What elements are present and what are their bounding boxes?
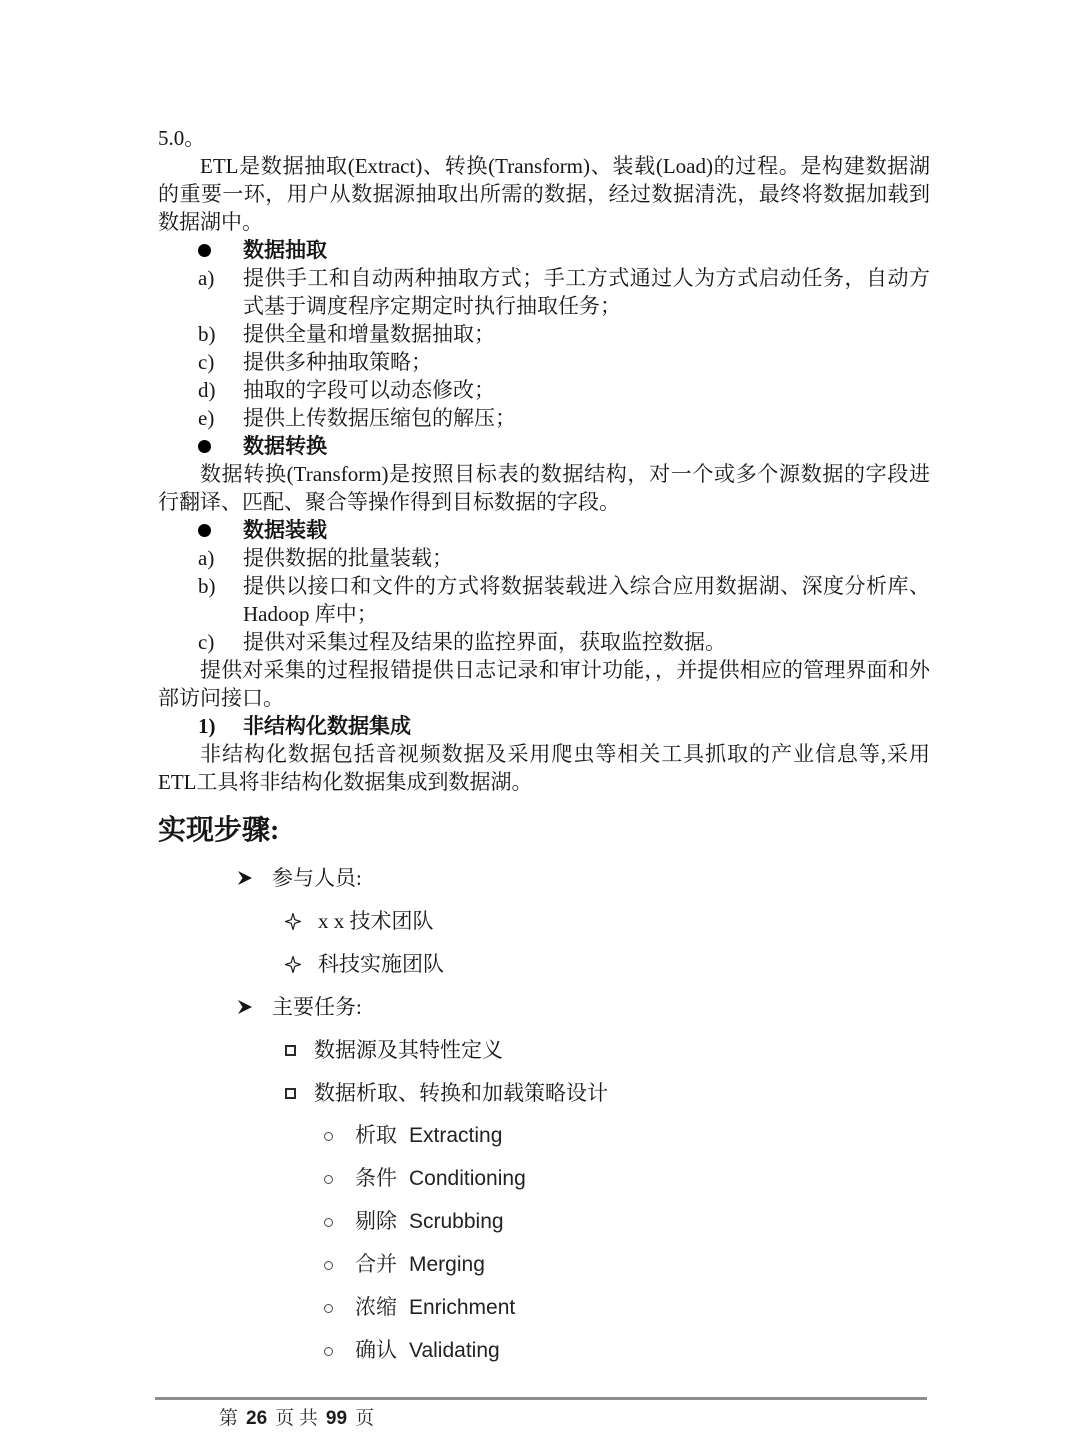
bullet-heading-transform: 数据转换	[198, 432, 930, 460]
outline-subtask-validating: 确认 Validating	[324, 1337, 930, 1365]
list-text: 提供数据的批量装载；	[243, 544, 930, 572]
list-label: d)	[198, 376, 243, 404]
circle-bullet-icon	[324, 1175, 333, 1184]
outline-item-team-1: x x 技术团队	[285, 907, 930, 935]
outline-label: 主要任务:	[272, 993, 362, 1021]
list-label: c)	[198, 628, 243, 656]
outline-subtask-merging: 合并 Merging	[324, 1251, 930, 1279]
diamond-star-bullet-icon	[285, 956, 301, 973]
diamond-star-bullet-icon	[285, 913, 301, 930]
circle-bullet-icon	[324, 1261, 333, 1270]
list-text: 提供对采集过程及结果的监控界面，获取监控数据。	[243, 628, 930, 656]
extract-item-b: b) 提供全量和增量数据抽取；	[198, 320, 930, 348]
subtask-en: Merging	[409, 1251, 485, 1279]
list-label: e)	[198, 404, 243, 432]
load-item-a: a) 提供数据的批量装载；	[198, 544, 930, 572]
outline-task-1: 数据源及其特性定义	[285, 1036, 930, 1064]
intro-paragraph: ETL是数据抽取(Extract)、转换(Transform)、装载(Load)…	[158, 152, 930, 236]
bullet-title: 数据抽取	[243, 236, 327, 264]
extract-item-e: e) 提供上传数据压缩包的解压；	[198, 404, 930, 432]
outline-subtask-scrubbing: 剔除 Scrubbing	[324, 1208, 930, 1236]
extract-item-c: c) 提供多种抽取策略；	[198, 348, 930, 376]
outline-text: 数据源及其特性定义	[314, 1036, 503, 1064]
list-label: a)	[198, 544, 243, 572]
circle-bullet-icon	[324, 1347, 333, 1356]
list-label: b)	[198, 320, 243, 348]
list-text: 提供全量和增量数据抽取；	[243, 320, 930, 348]
circle-bullet-icon	[324, 1304, 333, 1313]
list-text: 抽取的字段可以动态修改；	[243, 376, 930, 404]
bullet-title: 数据转换	[243, 432, 327, 460]
bullet-title: 数据装载	[243, 516, 327, 544]
total-page-number: 99	[326, 1408, 347, 1430]
footer-divider	[155, 1397, 927, 1400]
transform-paragraph: 数据转换(Transform)是按照目标表的数据结构，对一个或多个源数据的字段进…	[158, 460, 930, 516]
list-text: 提供多种抽取策略；	[243, 348, 930, 376]
filled-circle-bullet-icon	[198, 440, 211, 453]
numbered-label: 1)	[198, 712, 243, 740]
outline-label: 参与人员:	[272, 864, 362, 892]
subtask-en: Enrichment	[409, 1294, 515, 1322]
subtask-en: Scrubbing	[409, 1208, 504, 1236]
filled-circle-bullet-icon	[198, 244, 211, 257]
outline-item-team-2: 科技实施团队	[285, 950, 930, 978]
section-number: 5.0。	[158, 124, 930, 152]
subtask-zh: 析取	[355, 1122, 397, 1150]
circle-bullet-icon	[324, 1132, 333, 1141]
footer-prefix: 第	[219, 1403, 238, 1430]
page-number-footer: 第 26 页 共 99 页	[219, 1403, 374, 1430]
subtask-en: Conditioning	[409, 1165, 526, 1193]
list-label: a)	[198, 264, 243, 320]
list-text: 提供以接口和文件的方式将数据装载进入综合应用数据湖、深度分析库、Hadoop 库…	[243, 572, 930, 628]
load-item-b: b) 提供以接口和文件的方式将数据装载进入综合应用数据湖、深度分析库、Hadoo…	[198, 572, 930, 628]
outline-subtask-conditioning: 条件 Conditioning	[324, 1165, 930, 1193]
subtask-zh: 确认	[355, 1337, 397, 1365]
current-page-number: 26	[246, 1408, 267, 1430]
bullet-heading-extract: 数据抽取	[198, 236, 930, 264]
outline-text: x x 技术团队	[318, 907, 434, 935]
circle-bullet-icon	[324, 1218, 333, 1227]
document-body: 5.0。 ETL是数据抽取(Extract)、转换(Transform)、装载(…	[158, 124, 930, 1380]
subtask-en: Extracting	[409, 1122, 502, 1150]
outline-subtask-extracting: 析取 Extracting	[324, 1122, 930, 1150]
outline-item-tasks: 主要任务:	[238, 993, 930, 1021]
document-page: 5.0。 ETL是数据抽取(Extract)、转换(Transform)、装载(…	[0, 0, 1080, 1454]
footer-mid: 页 共	[275, 1403, 318, 1430]
footer-suffix: 页	[355, 1403, 374, 1430]
load-note-paragraph: 提供对采集的过程报错提供日志记录和审计功能，，并提供相应的管理界面和外部访问接口…	[158, 656, 930, 712]
subtask-zh: 合并	[355, 1251, 397, 1279]
subtask-zh: 浓缩	[355, 1294, 397, 1322]
list-text: 提供手工和自动两种抽取方式；手工方式通过人为方式启动任务，自动方式基于调度程序定…	[243, 264, 930, 320]
numbered-title: 非结构化数据集成	[243, 712, 411, 740]
subtask-zh: 条件	[355, 1165, 397, 1193]
outline-text: 科技实施团队	[318, 950, 444, 978]
outline-subtask-enrichment: 浓缩 Enrichment	[324, 1294, 930, 1322]
subtask-en: Validating	[409, 1337, 500, 1365]
filled-circle-bullet-icon	[198, 524, 211, 537]
steps-heading: 实现步骤:	[158, 812, 930, 850]
bullet-heading-load: 数据装载	[198, 516, 930, 544]
list-text: 提供上传数据压缩包的解压；	[243, 404, 930, 432]
square-bullet-icon	[285, 1088, 296, 1099]
extract-item-a: a) 提供手工和自动两种抽取方式；手工方式通过人为方式启动任务，自动方式基于调度…	[198, 264, 930, 320]
numbered-heading-unstructured: 1) 非结构化数据集成	[198, 712, 930, 740]
arrow-bullet-icon	[238, 870, 254, 886]
list-label: b)	[198, 572, 243, 628]
square-bullet-icon	[285, 1045, 296, 1056]
load-item-c: c) 提供对采集过程及结果的监控界面，获取监控数据。	[198, 628, 930, 656]
subtask-zh: 剔除	[355, 1208, 397, 1236]
arrow-bullet-icon	[238, 999, 254, 1015]
outline-item-participants: 参与人员:	[238, 864, 930, 892]
outline-task-2: 数据析取、转换和加载策略设计	[285, 1079, 930, 1107]
list-label: c)	[198, 348, 243, 376]
extract-item-d: d) 抽取的字段可以动态修改；	[198, 376, 930, 404]
outline-text: 数据析取、转换和加载策略设计	[314, 1079, 608, 1107]
unstructured-paragraph: 非结构化数据包括音视频数据及采用爬虫等相关工具抓取的产业信息等,采用ETL工具将…	[158, 740, 930, 796]
